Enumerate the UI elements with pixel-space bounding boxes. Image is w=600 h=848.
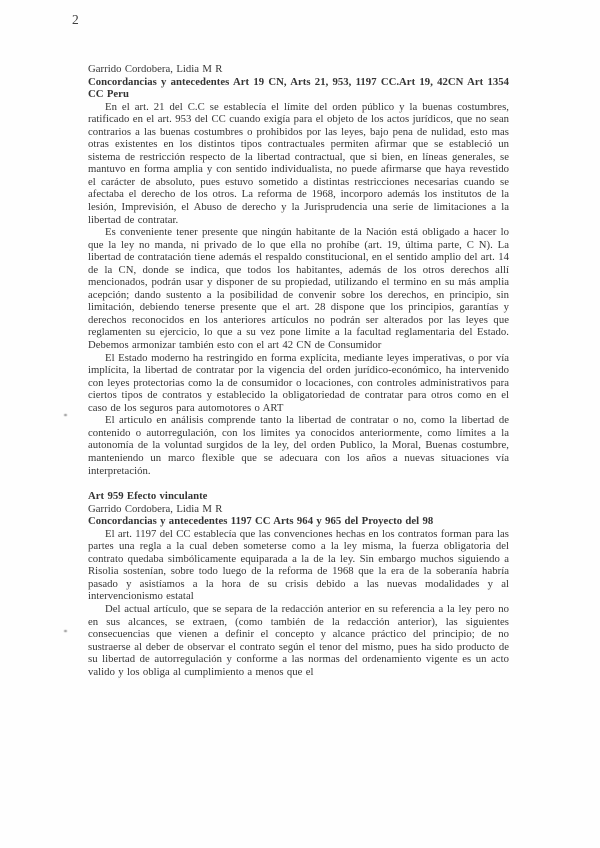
scan-artifact-dot xyxy=(64,630,67,632)
author-line: Garrido Cordobera, Lidia M R xyxy=(88,503,509,516)
body-paragraph: Es conveniente tener presente que ningún… xyxy=(88,226,509,351)
concordances-line: Concordancias y antecedentes 1197 CC Art… xyxy=(88,515,509,528)
body-paragraph: El Estado moderno ha restringido en form… xyxy=(88,352,509,415)
scanned-document-page: 2 Garrido Cordobera, Lidia M R Concordan… xyxy=(0,0,600,848)
page-number: 2 xyxy=(72,12,79,28)
scan-artifact-dot xyxy=(64,414,67,416)
body-paragraph: Del actual artículo, que se separa de la… xyxy=(88,603,509,678)
author-line: Garrido Cordobera, Lidia M R xyxy=(88,63,509,76)
section-commentary-libertad-contratacion: Garrido Cordobera, Lidia M R Concordanci… xyxy=(88,63,509,477)
body-paragraph: En el art. 21 del C.C se establecía el l… xyxy=(88,101,509,226)
body-paragraph: El articulo en análisis comprende tanto … xyxy=(88,414,509,477)
body-paragraph: El art. 1197 del CC establecía que las c… xyxy=(88,528,509,603)
concordances-line: Concordancias y antecedentes Art 19 CN, … xyxy=(88,76,509,101)
text-column: Garrido Cordobera, Lidia M R Concordanci… xyxy=(88,63,509,678)
section-art-959-efecto-vinculante: Art 959 Efecto vinculante Garrido Cordob… xyxy=(88,490,509,678)
article-heading: Art 959 Efecto vinculante xyxy=(88,490,509,503)
